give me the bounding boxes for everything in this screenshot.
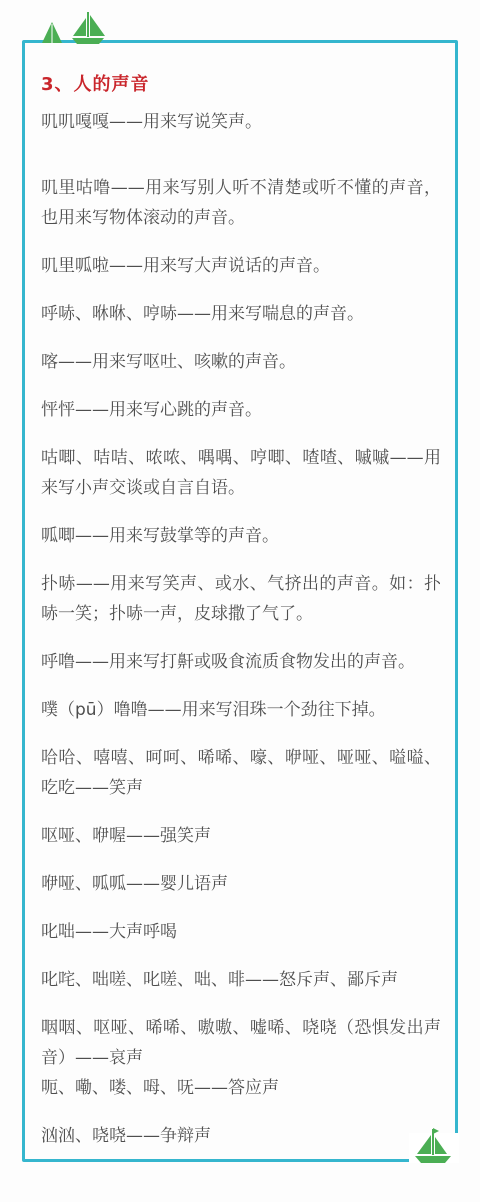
sound-words-list: 叽叽嘎嘎——用来写说笑声。叽里咕噜——用来写别人听不清楚或听不懂的声音，也用来写…	[41, 107, 441, 1151]
sound-word-entry: 叽里咕噜——用来写别人听不清楚或听不懂的声音，也用来写物体滚动的声音。	[41, 173, 441, 233]
sound-word-entry: 噗（pū）噜噜——用来写泪珠一个劲往下掉。	[41, 695, 441, 725]
section-title: 3、人的声音	[41, 73, 441, 97]
sound-word-entry: 咿哑、呱呱——婴儿语声	[41, 869, 441, 899]
content: 3、人的声音 叽叽嘎嘎——用来写说笑声。叽里咕噜——用来写别人听不清楚或听不懂的…	[25, 43, 455, 1151]
sound-word-entry: 叽里呱啦——用来写大声说话的声音。	[41, 251, 441, 281]
page: 3、人的声音 叽叽嘎嘎——用来写说笑声。叽里咕噜——用来写别人听不清楚或听不懂的…	[0, 0, 480, 1202]
sound-word-entry: 咕唧、咭咭、哝哝、喁喁、哼唧、喳喳、嘁嘁——用来写小声交谈或自言自语。	[41, 443, 441, 503]
sound-word-entry: 哈哈、嘻嘻、呵呵、唏唏、嚎、咿哑、哑哑、嗌嗌、吃吃——笑声	[41, 743, 441, 803]
top-boats	[39, 12, 107, 50]
sound-word-entry: 呼哧、咻咻、哼哧——用来写喘息的声音。	[41, 299, 441, 329]
sound-word-entry: 叽叽嘎嘎——用来写说笑声。	[41, 107, 441, 137]
small-sailboat-icon	[39, 20, 65, 50]
sound-word-entry: 怦怦——用来写心跳的声音。	[41, 395, 441, 425]
bottom-boat-corner	[407, 1125, 459, 1165]
sound-word-entry: 呼噜——用来写打鼾或吸食流质食物发出的声音。	[41, 647, 441, 677]
sound-word-entry: 咽咽、呕哑、唏唏、嗷嗷、嘘唏、哓哓（恐惧发出声音）——哀声	[41, 1013, 441, 1073]
sound-word-entry: 喀——用来写呕吐、咳嗽的声音。	[41, 347, 441, 377]
sound-word-entry: 叱咤、咄嗟、叱嗟、咄、啡——怒斥声、鄙斥声	[41, 965, 441, 995]
large-sailboat-icon	[69, 12, 107, 50]
content-frame: 3、人的声音 叽叽嘎嘎——用来写说笑声。叽里咕噜——用来写别人听不清楚或听不懂的…	[22, 40, 458, 1162]
sound-word-entry: 呕哑、咿喔——强笑声	[41, 821, 441, 851]
sound-word-entry: 呱唧——用来写鼓掌等的声音。	[41, 521, 441, 551]
sound-word-entry: 叱咄——大声呼喝	[41, 917, 441, 947]
sound-word-entry: 扑哧——用来写笑声、或水、气挤出的声音。如：扑哧一笑；扑哧一声，皮球撒了气了。	[41, 569, 441, 629]
sound-word-entry: 呃、嘞、喽、呣、呒——答应声	[41, 1073, 441, 1103]
sound-word-entry: 汹汹、哓哓——争辩声	[41, 1121, 441, 1151]
